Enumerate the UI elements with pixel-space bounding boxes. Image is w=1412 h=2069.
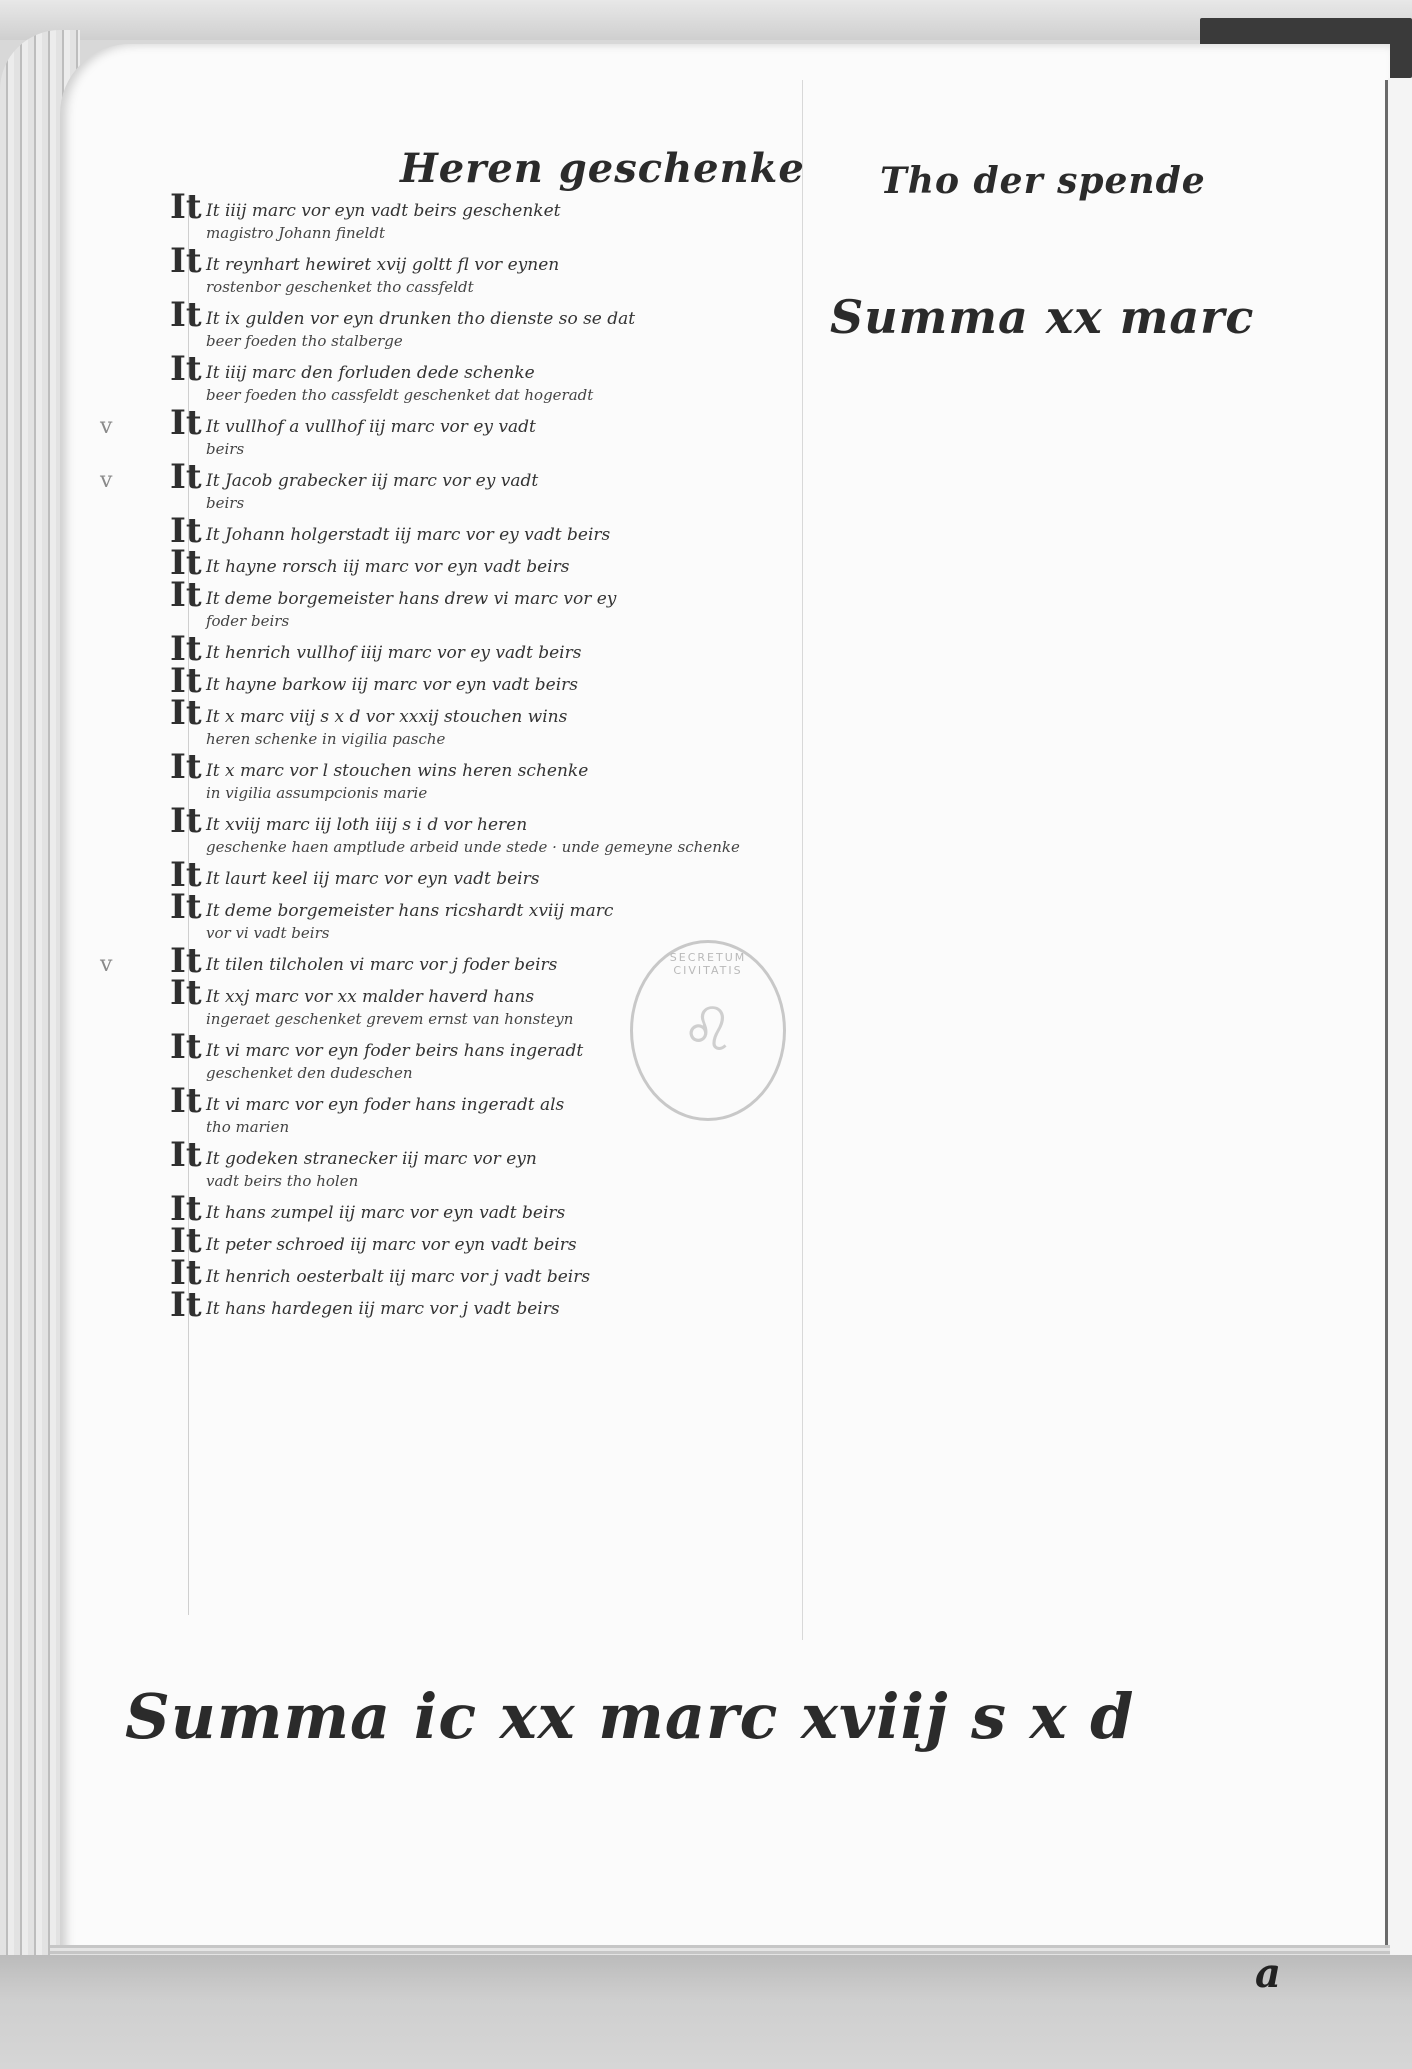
list-item: ItIt x marc vor l stouchen wins heren sc… (170, 760, 795, 804)
entry-line2: foder beirs (206, 610, 795, 632)
entry-line1: It henrich oesterbalt iij marc vor j vad… (206, 1267, 590, 1287)
entry-line1: It x marc vor l stouchen wins heren sche… (206, 761, 588, 781)
list-item: ItIt iiij marc den forluden dede schenke… (170, 362, 795, 406)
item-mark: It (170, 304, 202, 326)
entry-line2: in vigilia assumpcionis marie (206, 782, 795, 804)
entry-line2: heren schenke in vigilia pasche (206, 728, 795, 750)
entry-line2: beirs (206, 438, 795, 460)
binding-mark: a (1255, 1950, 1281, 1997)
entry-line2: geschenke haen amptlude arbeid unde sted… (206, 836, 795, 858)
entry-line1: It peter schroed iij marc vor eyn vadt b… (206, 1235, 577, 1255)
sum-bottom: Summa ic xx marc xviij s x d (125, 1680, 1135, 1753)
item-mark: It (170, 196, 202, 218)
list-item: ItIt deme borgemeister hans ricshardt xv… (170, 900, 795, 944)
item-mark: It (170, 1144, 202, 1166)
check-tick-mark: v (100, 470, 112, 492)
lion-emblem-icon: ♌ (633, 995, 783, 1065)
entry-line1: It xviij marc iij loth iiij s i d vor he… (206, 815, 527, 835)
entry-line2: magistro Johann fineldt (206, 222, 795, 244)
list-item: ItIt hayne barkow iij marc vor eyn vadt … (170, 674, 795, 696)
list-item: ItIt henrich oesterbalt iij marc vor j v… (170, 1266, 795, 1288)
list-item: ItIt hans zumpel iij marc vor eyn vadt b… (170, 1202, 795, 1224)
check-tick-mark: v (100, 954, 112, 976)
item-mark: It (170, 702, 202, 724)
item-mark: It (170, 358, 202, 380)
entry-line1: It Johann holgerstadt iij marc vor ey va… (206, 525, 610, 545)
item-mark: It (170, 466, 202, 488)
item-mark: It (170, 584, 202, 606)
gutter-line (1385, 80, 1388, 1960)
list-item: ItIt Jacob grabecker iij marc vor ey vad… (170, 470, 795, 514)
item-mark: It (170, 756, 202, 778)
entry-list: ItIt iiij marc vor eyn vadt beirs gesche… (170, 200, 795, 1330)
entry-line1: It iiij marc den forluden dede schenke (206, 363, 535, 383)
entry-line1: It hayne rorsch iij marc vor eyn vadt be… (206, 557, 569, 577)
archive-stamp: SECRETUM CIVITATIS ♌ (630, 940, 786, 1121)
item-mark: It (170, 1230, 202, 1252)
entry-line1: It godeken stranecker iij marc vor eyn (206, 1149, 537, 1169)
sum-right: Summa xx marc (830, 290, 1254, 344)
entry-line1: It hans hardegen iij marc vor j vadt bei… (206, 1299, 560, 1319)
list-item: ItIt iiij marc vor eyn vadt beirs gesche… (170, 200, 795, 244)
list-item: ItIt x marc viij s x d vor xxxij stouche… (170, 706, 795, 750)
entry-line1: It deme borgemeister hans ricshardt xvii… (206, 901, 613, 921)
column-fold-line (802, 80, 803, 1640)
entry-line1: It x marc viij s x d vor xxxij stouchen … (206, 707, 567, 727)
item-mark: It (170, 520, 202, 542)
entry-line1: It vi marc vor eyn foder beirs hans inge… (206, 1041, 583, 1061)
item-mark: It (170, 950, 202, 972)
entry-line1: It deme borgemeister hans drew vi marc v… (206, 589, 616, 609)
entry-line1: It laurt keel iij marc vor eyn vadt beir… (206, 869, 539, 889)
list-item: ItIt laurt keel iij marc vor eyn vadt be… (170, 868, 795, 890)
entry-line1: It xxj marc vor xx malder haverd hans (206, 987, 534, 1007)
entry-line2: rostenbor geschenket tho cassfeldt (206, 276, 795, 298)
list-item: ItIt hans hardegen iij marc vor j vadt b… (170, 1298, 795, 1320)
item-mark: It (170, 1262, 202, 1284)
list-item: ItIt henrich vullhof iiij marc vor ey va… (170, 642, 795, 664)
entry-line1: It ix gulden vor eyn drunken tho dienste… (206, 309, 635, 329)
entry-line1: It henrich vullhof iiij marc vor ey vadt… (206, 643, 581, 663)
entry-line2: beer foeden tho stalberge (206, 330, 795, 352)
facing-page-edge (1388, 78, 1412, 1958)
heading-left: Heren geschenke (400, 145, 805, 192)
item-mark: It (170, 250, 202, 272)
entry-line1: It tilen tilcholen vi marc vor j foder b… (206, 955, 557, 975)
list-item: ItIt reynhart hewiret xvij goltt fl vor … (170, 254, 795, 298)
list-item: ItIt peter schroed iij marc vor eyn vadt… (170, 1234, 795, 1256)
entry-line1: It vullhof a vullhof iij marc vor ey vad… (206, 417, 536, 437)
entry-line1: It vi marc vor eyn foder hans ingeradt a… (206, 1095, 564, 1115)
item-mark: It (170, 638, 202, 660)
entry-line1: It reynhart hewiret xvij goltt fl vor ey… (206, 255, 559, 275)
item-mark: It (170, 412, 202, 434)
list-item: ItIt vullhof a vullhof iij marc vor ey v… (170, 416, 795, 460)
list-item: ItIt hayne rorsch iij marc vor eyn vadt … (170, 556, 795, 578)
entry-line1: It iiij marc vor eyn vadt beirs geschenk… (206, 201, 560, 221)
list-item: ItIt xviij marc iij loth iiij s i d vor … (170, 814, 795, 858)
check-tick-mark: v (100, 416, 112, 438)
item-mark: It (170, 552, 202, 574)
entry-line1: It hayne barkow iij marc vor eyn vadt be… (206, 675, 578, 695)
list-item: ItIt godeken stranecker iij marc vor eyn… (170, 1148, 795, 1192)
entry-line2: beirs (206, 492, 795, 514)
scan-bottom-strip (0, 1955, 1412, 2069)
item-mark: It (170, 982, 202, 1004)
list-item: ItIt deme borgemeister hans drew vi marc… (170, 588, 795, 632)
list-item: ItIt Johann holgerstadt iij marc vor ey … (170, 524, 795, 546)
item-mark: It (170, 670, 202, 692)
entry-line1: It hans zumpel iij marc vor eyn vadt bei… (206, 1203, 565, 1223)
item-mark: It (170, 1090, 202, 1112)
heading-right: Tho der spende (880, 160, 1206, 202)
item-mark: It (170, 864, 202, 886)
item-mark: It (170, 1036, 202, 1058)
entry-line2: vadt beirs tho holen (206, 1170, 795, 1192)
list-item: ItIt ix gulden vor eyn drunken tho diens… (170, 308, 795, 352)
seal-legend: SECRETUM CIVITATIS (633, 951, 783, 977)
item-mark: It (170, 896, 202, 918)
entry-line2: beer foeden tho cassfeldt geschenket dat… (206, 384, 795, 406)
entry-line1: It Jacob grabecker iij marc vor ey vadt (206, 471, 538, 491)
item-mark: It (170, 1198, 202, 1220)
item-mark: It (170, 1294, 202, 1316)
item-mark: It (170, 810, 202, 832)
